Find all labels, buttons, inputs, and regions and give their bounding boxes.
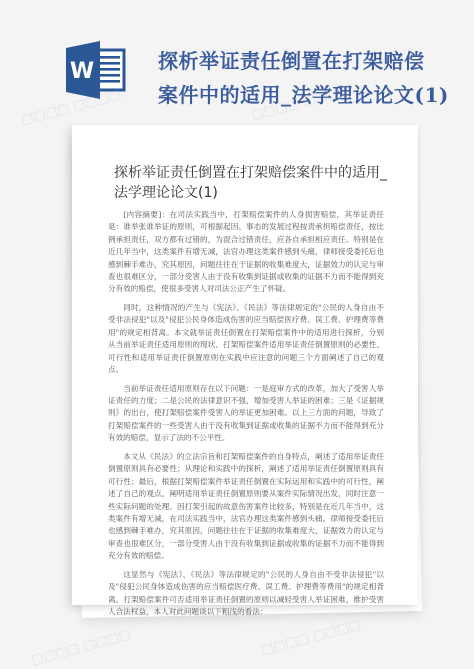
word-document-icon: W (66, 41, 128, 99)
paragraph: 这显然与《宪法》、《民法》等法律规定的"公民的人身自由不受非法侵犯"以及"侵犯公… (108, 569, 384, 619)
document-page: 探析举证责任倒置在打架赔偿案件中的适用_法学理论论文(1) [内容摘要]：在司法… (72, 125, 418, 605)
header-title-line-2: 案件中的适用_法学理论论文(1) (158, 78, 458, 112)
header: W 探析举证责任倒置在打架赔偿 案件中的适用_法学理论论文(1) (0, 0, 474, 120)
paragraph: 本文从《民法》的立法宗旨和打架赔偿案件的自身特点，阐述了适用举证责任倒置原则具有… (108, 451, 384, 563)
document-title: 探析举证责任倒置在打架赔偿案件中的适用_法学理论论文(1) (114, 163, 394, 203)
paragraph: 同时，这种情况的产生与《宪法》、《民法》等法律规定的"公民的人身自由不受非法侵犯… (108, 302, 384, 376)
paragraph: 当前举证责任适用原则存在以下问题：一是庭审方式的改革，加大了受害人举证责任的力度… (108, 383, 384, 445)
svg-text:W: W (70, 59, 94, 84)
header-title: 探析举证责任倒置在打架赔偿 案件中的适用_法学理论论文(1) (158, 44, 458, 112)
header-title-line-1: 探析举证责任倒置在打架赔偿 (158, 44, 458, 78)
paragraph-abstract: [内容摘要]：在司法实践当中，打架赔偿案件的人身损害赔偿，其举证责任是：谁举张谁… (108, 209, 384, 296)
document-body: [内容摘要]：在司法实践当中，打架赔偿案件的人身损害赔偿，其举证责任是：谁举张谁… (108, 209, 384, 625)
watermark: □□□□ □□□□ (30, 627, 133, 668)
